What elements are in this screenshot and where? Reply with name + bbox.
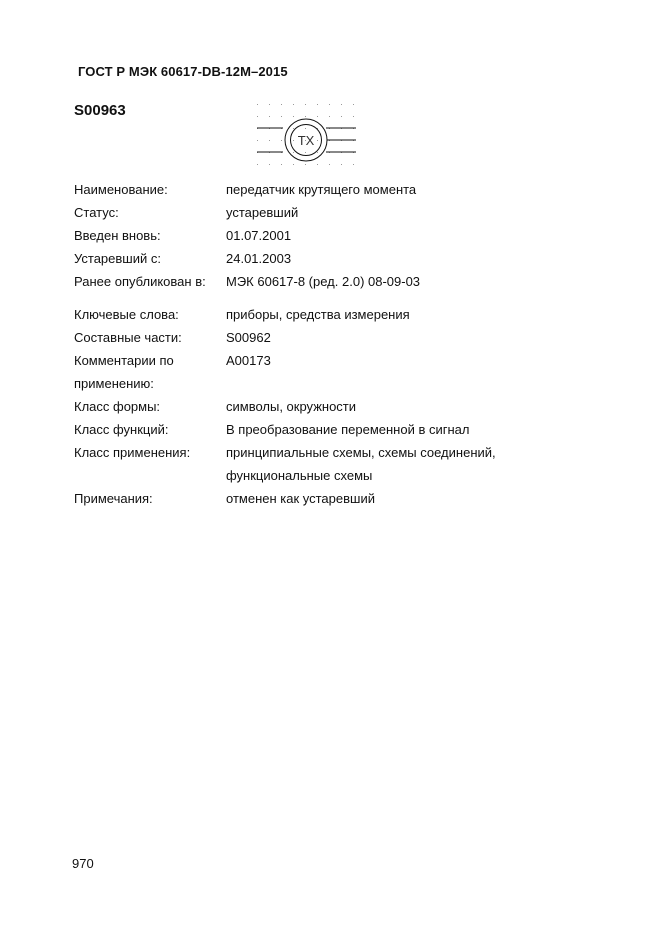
property-value: функциональные схемы xyxy=(226,464,554,487)
property-value: отменен как устаревший xyxy=(226,487,554,510)
property-label: Составные части: xyxy=(74,326,226,349)
property-value: В преобразование переменной в сигнал xyxy=(226,418,554,441)
property-row-application-notes-cont: применению: xyxy=(74,372,554,395)
property-label xyxy=(74,464,226,487)
page-number: 970 xyxy=(72,856,94,871)
property-value: символы, окружности xyxy=(226,395,554,418)
property-label: Класс формы: xyxy=(74,395,226,418)
property-row-application-notes: Комментарии по A00173 xyxy=(74,349,554,372)
property-row-application-class-cont: функциональные схемы xyxy=(74,464,554,487)
property-value: устаревший xyxy=(226,201,554,224)
property-row-obsolete-since: Устаревший с: 24.01.2003 xyxy=(74,247,554,270)
symbol-figure: TX xyxy=(250,98,362,178)
property-value: принципиальные схемы, схемы соединений, xyxy=(226,441,554,464)
property-label: Введен вновь: xyxy=(74,224,226,247)
property-row-status: Статус: устаревший xyxy=(74,201,554,224)
property-row-keywords: Ключевые слова: приборы, средства измере… xyxy=(74,303,554,326)
property-label: Примечания: xyxy=(74,487,226,510)
property-value: приборы, средства измерения xyxy=(226,303,554,326)
symbol-id: S00963 xyxy=(74,102,126,119)
property-value xyxy=(226,372,554,395)
property-value: S00962 xyxy=(226,326,554,349)
property-row-introduced: Введен вновь: 01.07.2001 xyxy=(74,224,554,247)
property-label: применению: xyxy=(74,372,226,395)
property-label: Ключевые слова: xyxy=(74,303,226,326)
property-value: передатчик крутящего момента xyxy=(226,178,554,201)
torque-transmitter-symbol-icon: TX xyxy=(250,98,362,178)
property-row-remarks: Примечания: отменен как устаревший xyxy=(74,487,554,510)
property-row-previously-published: Ранее опубликован в: МЭК 60617-8 (ред. 2… xyxy=(74,270,554,293)
property-row-function-class: Класс функций: В преобразование переменн… xyxy=(74,418,554,441)
property-label: Класс применения: xyxy=(74,441,226,464)
property-label: Ранее опубликован в: xyxy=(74,270,226,293)
symbol-properties: Наименование: передатчик крутящего момен… xyxy=(74,178,554,510)
property-value: A00173 xyxy=(226,349,554,372)
property-label: Наименование: xyxy=(74,178,226,201)
property-label: Класс функций: xyxy=(74,418,226,441)
property-row-application-class: Класс применения: принципиальные схемы, … xyxy=(74,441,554,464)
property-value: МЭК 60617-8 (ред. 2.0) 08-09-03 xyxy=(226,270,554,293)
property-label: Статус: xyxy=(74,201,226,224)
property-value: 24.01.2003 xyxy=(226,247,554,270)
svg-text:TX: TX xyxy=(298,133,315,148)
property-label: Устаревший с: xyxy=(74,247,226,270)
property-label: Комментарии по xyxy=(74,349,226,372)
property-value: 01.07.2001 xyxy=(226,224,554,247)
property-row-components: Составные части: S00962 xyxy=(74,326,554,349)
property-row-shape-class: Класс формы: символы, окружности xyxy=(74,395,554,418)
document-standard-title: ГОСТ Р МЭК 60617-DB-12M–2015 xyxy=(78,64,288,79)
property-row-name: Наименование: передатчик крутящего момен… xyxy=(74,178,554,201)
